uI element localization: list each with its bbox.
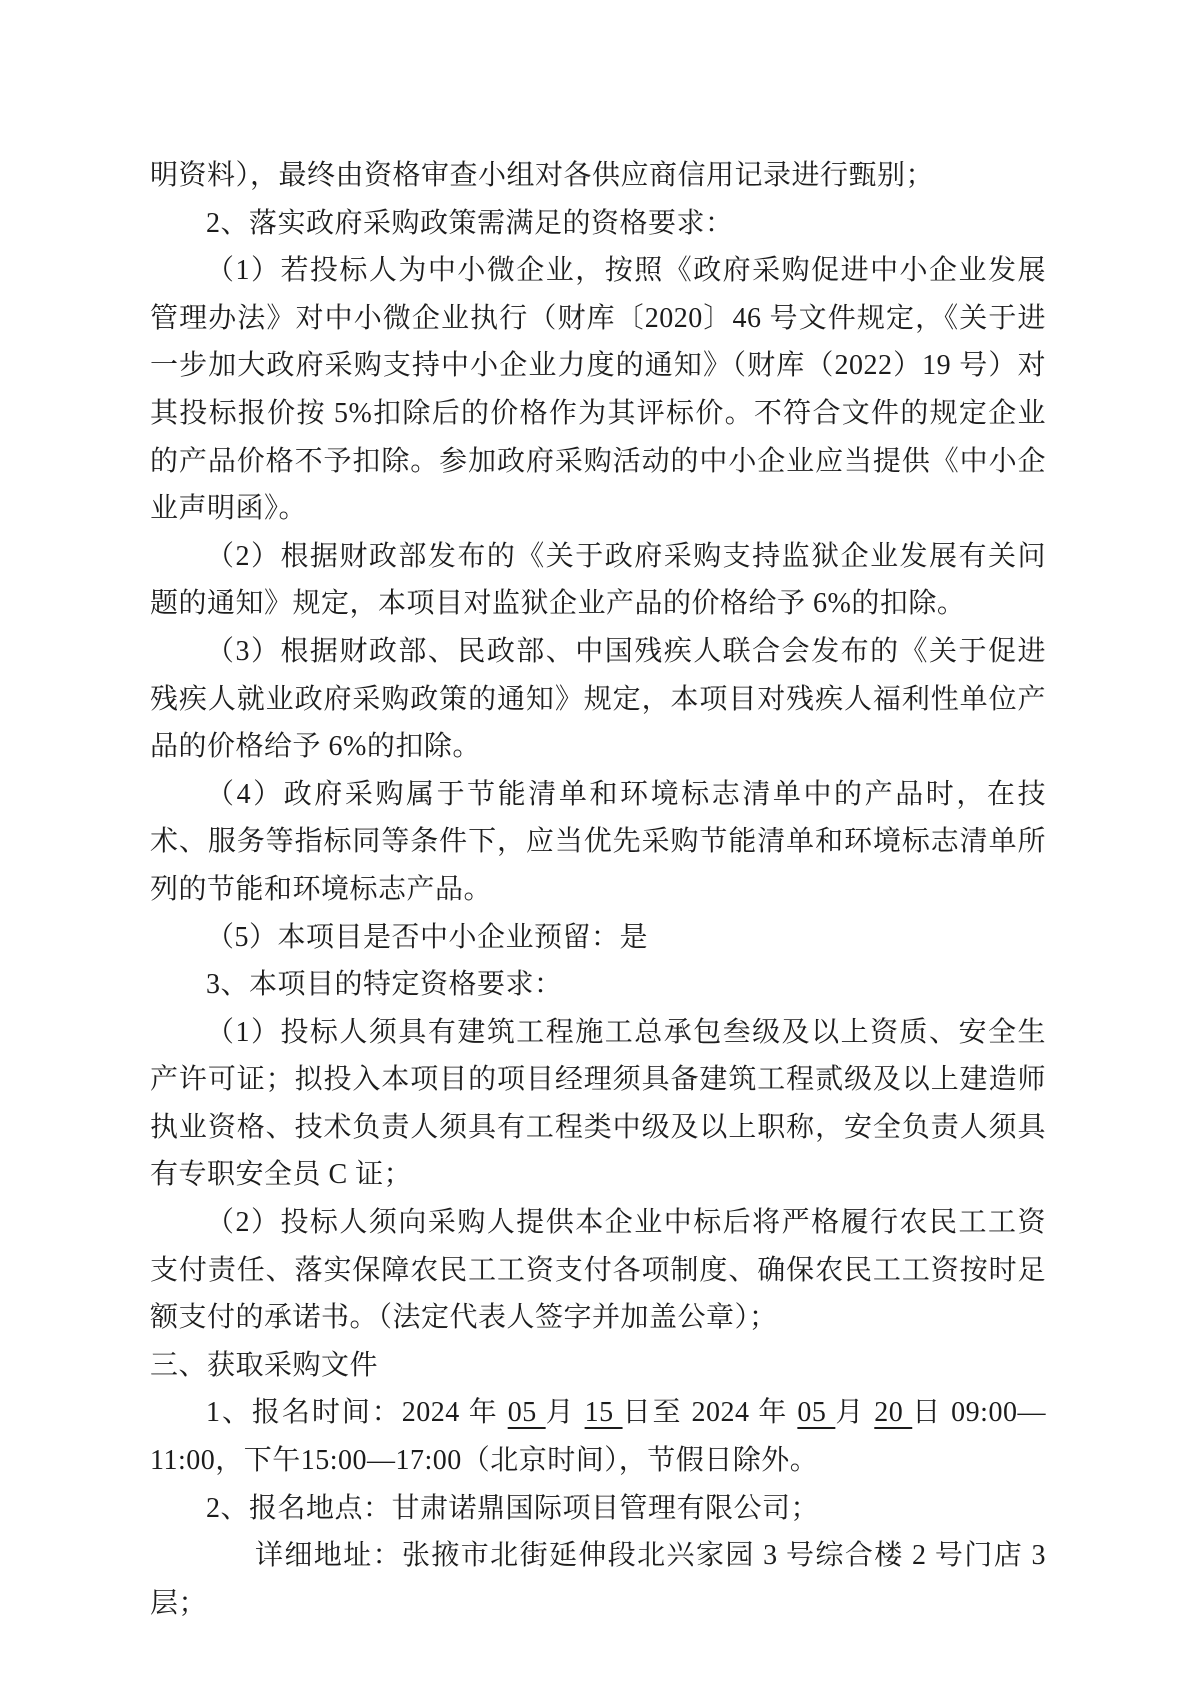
heading-section-3-obtain-documents: 三、获取采购文件 — [150, 1342, 1046, 1390]
para-2-5-sme-reserved: （5）本项目是否中小企业预留：是 — [150, 914, 1046, 962]
text-run: （1）投标人须具有建筑工程施工总承包叁级及以上资质、安全生产许可证；拟投入本项目… — [150, 1017, 1046, 1191]
underlined-text-run: 05 — [508, 1397, 546, 1428]
text-run: 月 — [835, 1397, 874, 1428]
text-run: （3）根据财政部、民政部、中国残疾人联合会发布的《关于促进残疾人就业政府采购政策… — [150, 636, 1046, 762]
para-3-2-wage-commitment: （2）投标人须向采购人提供本企业中标后将严格履行农民工工资支付责任、落实保障农民… — [150, 1199, 1046, 1342]
text-run: 3、本项目的特定资格要求： — [206, 969, 563, 1000]
para-2-4-energy-saving: （4）政府采购属于节能清单和环境标志清单中的产品时，在技术、服务等指标同等条件下… — [150, 771, 1046, 914]
para-3-specific-requirements: 3、本项目的特定资格要求： — [150, 961, 1046, 1009]
para-2-3-disabled-welfare: （3）根据财政部、民政部、中国残疾人联合会发布的《关于促进残疾人就业政府采购政策… — [150, 628, 1046, 771]
underlined-text-run: 20 — [874, 1397, 912, 1428]
para-2-2-prison-enterprise: （2）根据财政部发布的《关于政府采购支持监狱企业发展有关问题的通知》规定，本项目… — [150, 533, 1046, 628]
text-run: 2、落实政府采购政策需满足的资格要求： — [206, 208, 734, 239]
text-run: 详细地址：张掖市北街延伸段北兴家园 3 号综合楼 2 号门店 3 层； — [150, 1540, 1046, 1619]
para-3-1-qualifications: （1）投标人须具有建筑工程施工总承包叁级及以上资质、安全生产许可证；拟投入本项目… — [150, 1009, 1046, 1199]
document-page: 明资料），最终由资格审查小组对各供应商信用记录进行甄别；2、落实政府采购政策需满… — [0, 0, 1191, 1684]
underlined-text-run: 15 — [585, 1397, 623, 1428]
text-run: （5）本项目是否中小企业预留：是 — [206, 922, 648, 953]
text-run: 三、获取采购文件 — [150, 1350, 378, 1381]
para-2-1-sme-policy: （1）若投标人为中小微企业，按照《政府采购促进中小企业发展管理办法》对中小微企业… — [150, 247, 1046, 533]
text-run: （2）根据财政部发布的《关于政府采购支持监狱企业发展有关问题的通知》规定，本项目… — [150, 541, 1046, 620]
text-run: （2）投标人须向采购人提供本企业中标后将严格履行农民工工资支付责任、落实保障农民… — [150, 1207, 1046, 1333]
para-registration-time: 1、报名时间：2024 年 05 月 15 日至 2024 年 05 月 20 … — [150, 1389, 1046, 1484]
para-credit-check-continuation: 明资料），最终由资格审查小组对各供应商信用记录进行甄别； — [150, 152, 1046, 200]
underlined-text-run: 05 — [797, 1397, 835, 1428]
para-2-policy-requirements: 2、落实政府采购政策需满足的资格要求： — [150, 200, 1046, 248]
para-registration-place: 2、报名地点：甘肃诺鼎国际项目管理有限公司； — [150, 1485, 1046, 1533]
text-run: （1）若投标人为中小微企业，按照《政府采购促进中小企业发展管理办法》对中小微企业… — [150, 255, 1046, 524]
text-run: 日至 2024 年 — [623, 1397, 798, 1428]
text-run: 1、报名时间：2024 年 — [206, 1397, 508, 1428]
text-run: 2、报名地点：甘肃诺鼎国际项目管理有限公司； — [206, 1493, 819, 1524]
para-detailed-address: 详细地址：张掖市北街延伸段北兴家园 3 号综合楼 2 号门店 3 层； — [150, 1532, 1046, 1627]
text-run: 月 — [546, 1397, 585, 1428]
document-body: 明资料），最终由资格审查小组对各供应商信用记录进行甄别；2、落实政府采购政策需满… — [150, 152, 1046, 1627]
text-run: 明资料），最终由资格审查小组对各供应商信用记录进行甄别； — [150, 160, 934, 191]
text-run: （4）政府采购属于节能清单和环境标志清单中的产品时，在技术、服务等指标同等条件下… — [150, 779, 1046, 905]
